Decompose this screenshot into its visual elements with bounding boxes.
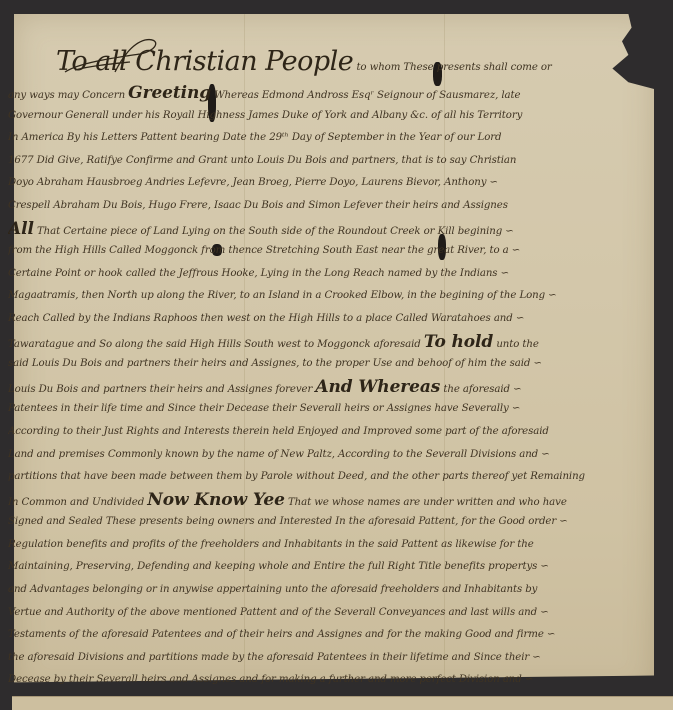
text-line: Governour Generall under his Royall High… <box>8 105 656 128</box>
text-line: 1677 Did Give, Ratifye Confirme and Gran… <box>8 150 656 173</box>
greeting-prefix: any ways may Concern <box>8 90 125 101</box>
text-span: In Common and Undivided <box>8 497 144 508</box>
text-line: Vertue and Authority of the above mentio… <box>8 602 656 625</box>
section-lead-to-hold: To hold <box>424 332 493 352</box>
text-line: Patentees in their life time and Since t… <box>8 398 656 421</box>
text-line: Regulation benefits and profits of the f… <box>8 534 656 557</box>
text-span: Louis Du Bois and partners their heirs a… <box>8 384 312 395</box>
section-lead-now-know-yee: Now Know Yee <box>147 490 285 510</box>
text-line: In Common and Undivided Now Know Yee Tha… <box>8 489 656 512</box>
section-lead-all: All <box>8 219 34 239</box>
text-line: Doyo Abraham Hausbroeg Andries Lefevre, … <box>8 172 656 195</box>
text-line: Reach Called by the Indians Raphoos then… <box>8 308 656 331</box>
text-span: the aforesaid ∽ <box>443 384 521 395</box>
manuscript-text: To all Christian People to whom These pr… <box>56 42 656 692</box>
text-line: Decease by their Severall heirs and Assi… <box>8 669 656 692</box>
text-line: Magaatramis, then North up along the Riv… <box>8 285 656 308</box>
text-line: Crespell Abraham Du Bois, Hugo Frere, Is… <box>8 195 656 218</box>
text-span: That Certaine piece of Land Lying on the… <box>37 226 514 237</box>
text-span: unto the <box>496 339 538 350</box>
text-line: partitions that have been made between t… <box>8 466 656 489</box>
text-line: Maintaining, Preserving, Defending and k… <box>8 556 656 579</box>
greeting-word: Greeting <box>128 83 211 103</box>
text-line: and Advantages belonging or in anywise a… <box>8 579 656 602</box>
text-line: Tawaratague and So along the said High H… <box>8 331 656 354</box>
heading-continuation: to whom These presents shall come or <box>356 62 551 73</box>
greeting-continuation: Whereas Edmond Andross Esqʳ Seignour of … <box>214 90 520 101</box>
text-line: According to their Just Rights and Inter… <box>8 421 656 444</box>
title-line: To all Christian People to whom These pr… <box>56 42 656 82</box>
text-line: from the High Hills Called Moggonck from… <box>8 240 656 263</box>
text-line: Louis Du Bois and partners their heirs a… <box>8 376 656 399</box>
text-line: All That Certaine piece of Land Lying on… <box>8 218 656 241</box>
greeting-line: any ways may Concern Greeting Whereas Ed… <box>8 82 656 105</box>
text-line: Land and premises Commonly known by the … <box>8 444 656 467</box>
text-span: That we whose names are under written an… <box>288 497 567 508</box>
text-line: said Louis Du Bois and partners their he… <box>8 353 656 376</box>
underlying-page-edge <box>12 696 673 710</box>
text-span: Tawaratague and So along the said High H… <box>8 339 421 350</box>
text-line: Certaine Point or hook called the Jeffro… <box>8 263 656 286</box>
text-line: Signed and Sealed These presents being o… <box>8 511 656 534</box>
document-heading: To all Christian People <box>56 46 353 77</box>
text-line: Testaments of the aforesaid Patentees an… <box>8 624 656 647</box>
section-lead-and-whereas: And Whereas <box>315 377 440 397</box>
text-line: In America By his Letters Pattent bearin… <box>8 127 656 150</box>
text-line: the aforesaid Divisions and partitions m… <box>8 647 656 670</box>
